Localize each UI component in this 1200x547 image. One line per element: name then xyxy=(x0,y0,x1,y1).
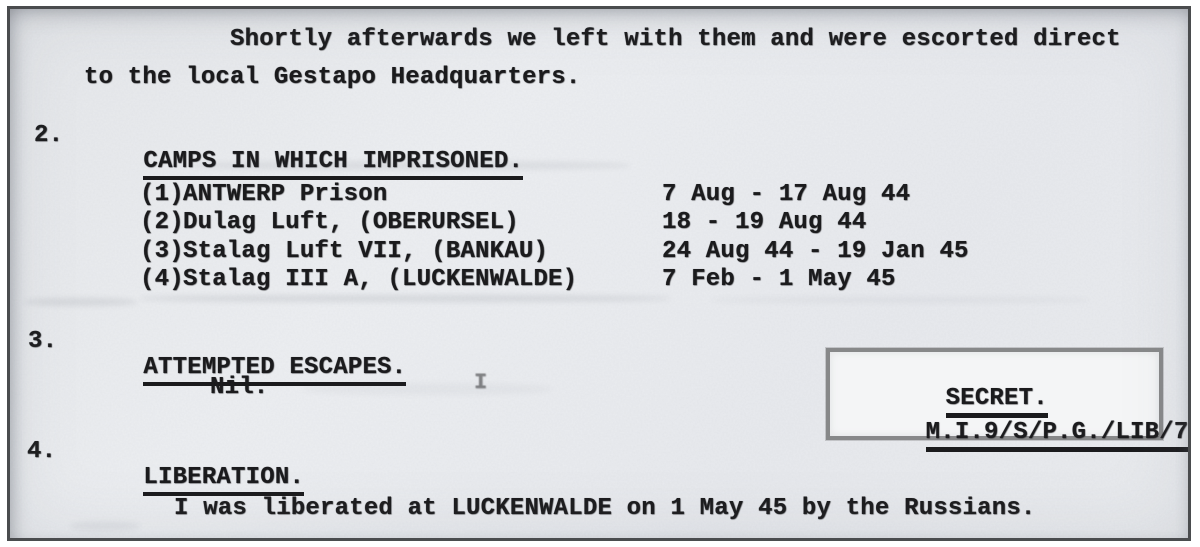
section-2-title: CAMPS IN WHICH IMPRISONED. xyxy=(143,149,523,180)
section-4-number: 4. xyxy=(27,439,56,465)
secret-stamp-box: SECRET. M.I.9/S/P.G./LIB/763. xyxy=(826,348,1163,440)
ink-smudge xyxy=(710,297,1090,303)
file-reference: M.I.9/S/P.G./LIB/763. xyxy=(838,394,1191,478)
section-3-number: 3. xyxy=(28,329,57,355)
ink-smudge xyxy=(140,295,670,302)
camp-name: Stalag Luft VII, (BANKAU) xyxy=(183,239,548,265)
camp-name: ANTWERP Prison xyxy=(183,182,387,208)
camp-row: (4) Stalag III A, (LUCKENWALDE) 7 Feb - … xyxy=(10,267,1188,295)
camp-dates: 7 Feb - 1 May 45 xyxy=(662,267,896,293)
camp-index: (2) xyxy=(140,210,184,236)
camp-dates: 7 Aug - 17 Aug 44 xyxy=(662,182,910,208)
section-3-title: ATTEMPTED ESCAPES. xyxy=(143,355,406,386)
liberation-statement: I was liberated at LUCKENWALDE on 1 May … xyxy=(174,496,1036,522)
section-2-number: 2. xyxy=(34,123,63,149)
camp-index: (1) xyxy=(140,182,184,208)
camp-name: Stalag III A, (LUCKENWALDE) xyxy=(183,267,577,293)
camp-row: (3) Stalag Luft VII, (BANKAU) 24 Aug 44 … xyxy=(10,239,1188,267)
file-reference-text: M.I.9/S/P.G./LIB/763. xyxy=(926,420,1191,452)
intro-line-1: Shortly afterwards we left with them and… xyxy=(230,27,1121,53)
camp-dates: 24 Aug 44 - 19 Jan 45 xyxy=(662,239,969,265)
faint-typewriter-artifact: I xyxy=(474,370,487,396)
scanned-document-page: Shortly afterwards we left with them and… xyxy=(7,6,1191,541)
section-4-title: LIBERATION. xyxy=(143,465,304,496)
camp-name: Dulag Luft, (OBERURSEL) xyxy=(183,210,519,236)
escapes-answer: Nil. xyxy=(210,375,268,401)
camp-dates: 18 - 19 Aug 44 xyxy=(662,210,866,236)
ink-smudge xyxy=(70,521,140,531)
camp-index: (4) xyxy=(140,267,184,293)
camp-index: (3) xyxy=(140,239,184,265)
ink-smudge xyxy=(25,298,137,306)
intro-line-2: to the local Gestapo Headquarters. xyxy=(84,65,580,91)
camp-row: (1) ANTWERP Prison 7 Aug - 17 Aug 44 xyxy=(10,182,1188,210)
camp-row: (2) Dulag Luft, (OBERURSEL) 18 - 19 Aug … xyxy=(10,210,1188,238)
